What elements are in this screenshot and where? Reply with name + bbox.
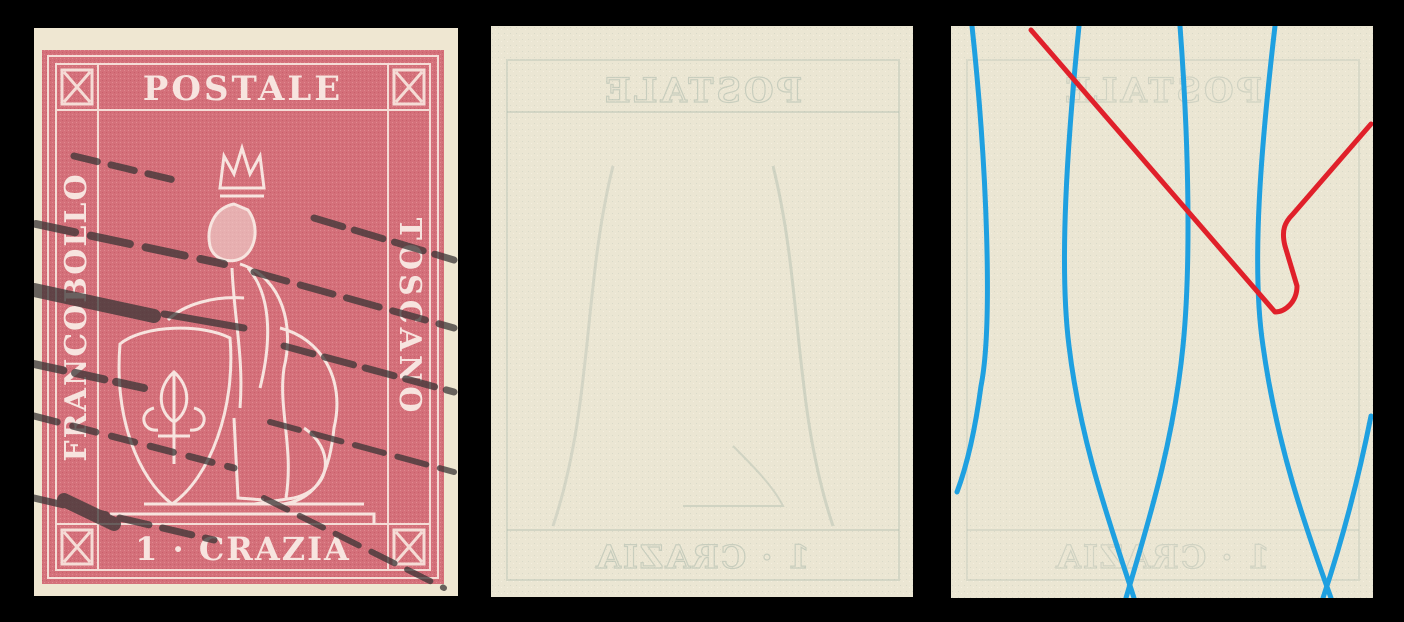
stamp-annotated-artwork: POSTALE 1 · CRAZIA [951,26,1373,598]
stamp-front-artwork: POSTALE 1 · CRAZIA FRANCOBOLLO TOSCANO [34,28,458,596]
stamp-front: POSTALE 1 · CRAZIA FRANCOBOLLO TOSCANO [34,28,458,596]
ghost-top-text: POSTALE [602,71,802,111]
ghost-bottom-text: 1 · CRAZIA [1054,538,1270,576]
stamp-back-annotated: POSTALE 1 · CRAZIA [951,26,1373,598]
stamp-left-text: FRANCOBOLLO [59,172,94,461]
stamp-top-text: POSTALE [143,69,343,109]
ghost-top-text: POSTALE [1062,71,1262,111]
stamp-bottom-text: 1 · CRAZIA [135,530,351,568]
stamp-back: POSTALE 1 · CRAZIA [491,26,913,597]
ghost-bottom-text: 1 · CRAZIA [594,538,810,576]
stamp-back-artwork: POSTALE 1 · CRAZIA [491,26,913,597]
